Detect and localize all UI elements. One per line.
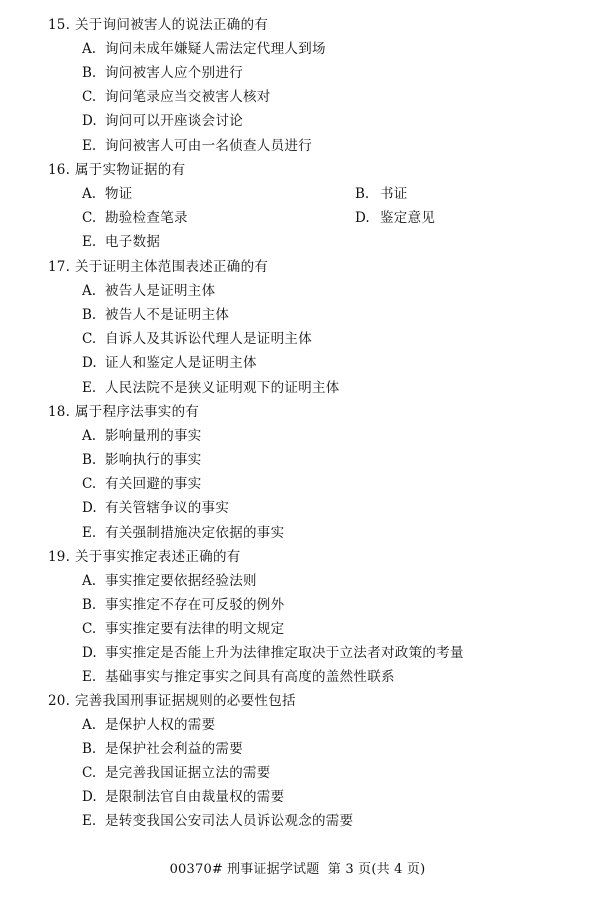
option-text: 是保护人权的需要	[105, 713, 215, 737]
option-text: 事实推定是否能上升为法律推定取决于立法者对政策的考量	[105, 641, 464, 665]
option-letter: C.	[82, 206, 96, 230]
option-letter: E.	[82, 230, 96, 254]
option-text: 是完善我国证据立法的需要	[105, 761, 271, 785]
option-text: 电子数据	[105, 230, 160, 254]
question-number: 17.	[48, 255, 70, 279]
option-text: 有关管辖争议的事实	[105, 496, 229, 520]
exam-code: 00370#	[170, 862, 223, 877]
question-number: 19.	[48, 545, 70, 569]
option-letter: C.	[82, 617, 96, 641]
option-text: 询问笔录应当交被害人核对	[105, 85, 271, 109]
option-text: 书证	[380, 182, 408, 206]
question-number: 18.	[48, 400, 70, 424]
option-letter: D.	[82, 785, 97, 809]
option-text: 勘验检查笔录	[105, 206, 188, 230]
option-letter: B.	[82, 303, 96, 327]
option-text: 自诉人及其诉讼代理人是证明主体	[105, 327, 312, 351]
option-text: 有关强制措施决定依据的事实	[105, 521, 284, 545]
option-letter: C.	[82, 327, 96, 351]
option-letter: B.	[82, 737, 96, 761]
option-letter: C.	[82, 472, 96, 496]
question-text: 属于程序法事实的有	[75, 400, 199, 424]
subject-title: 刑事证据学试题	[227, 862, 319, 877]
option-letter: A.	[82, 279, 96, 303]
option-letter: A.	[82, 182, 96, 206]
question-number: 16.	[48, 158, 70, 182]
question-text: 属于实物证据的有	[75, 158, 185, 182]
option-letter: D.	[355, 206, 370, 230]
option-text: 证人和鉴定人是证明主体	[105, 351, 257, 375]
question-text: 完善我国刑事证据规则的必要性包括	[75, 689, 296, 713]
option-text: 询问被害人应个别进行	[105, 61, 243, 85]
option-text: 基础事实与推定事实之间具有高度的盖然性联系	[105, 665, 395, 689]
option-letter: E.	[82, 809, 96, 833]
option-letter: D.	[82, 351, 97, 375]
option-letter: A.	[82, 424, 96, 448]
option-text: 影响量刑的事实	[105, 424, 202, 448]
option-letter: B.	[355, 182, 369, 206]
option-text: 事实推定不存在可反驳的例外	[105, 593, 284, 617]
option-letter: C.	[82, 85, 96, 109]
option-letter: C.	[82, 761, 96, 785]
option-letter: D.	[82, 496, 97, 520]
exam-page: 15. 关于询问被害人的说法正确的有 A. 询问未成年嫌疑人需法定代理人到场 B…	[0, 0, 595, 898]
question-text: 关于询问被害人的说法正确的有	[75, 13, 268, 37]
option-letter: D.	[82, 109, 97, 133]
option-letter: E.	[82, 376, 96, 400]
option-text: 询问未成年嫌疑人需法定代理人到场	[105, 37, 326, 61]
option-letter: E.	[82, 665, 96, 689]
page-footer: 00370#刑事证据学试题 第 3 页(共 4 页)	[0, 860, 595, 880]
option-text: 是保护社会利益的需要	[105, 737, 243, 761]
option-letter: A.	[82, 569, 96, 593]
option-text: 是转变我国公安司法人员诉讼观念的需要	[105, 809, 353, 833]
option-text: 鉴定意见	[380, 206, 435, 230]
option-letter: E.	[82, 134, 96, 158]
option-text: 询问被害人可由一名侦查人员进行	[105, 134, 312, 158]
option-text: 被告人不是证明主体	[105, 303, 229, 327]
option-letter: B.	[82, 448, 96, 472]
question-number: 15.	[48, 13, 70, 37]
option-letter: B.	[82, 61, 96, 85]
option-letter: A.	[82, 713, 96, 737]
option-letter: D.	[82, 641, 97, 665]
option-letter: A.	[82, 37, 96, 61]
option-text: 被告人是证明主体	[105, 279, 215, 303]
question-text: 关于证明主体范围表述正确的有	[75, 255, 268, 279]
option-text: 是限制法官自由裁量权的需要	[105, 785, 284, 809]
option-letter: E.	[82, 521, 96, 545]
option-letter: B.	[82, 593, 96, 617]
question-number: 20.	[48, 689, 70, 713]
option-text: 事实推定要有法律的明文规定	[105, 617, 284, 641]
question-text: 关于事实推定表述正确的有	[75, 545, 241, 569]
option-text: 物证	[105, 182, 133, 206]
page-number: 第 3 页(共 4 页)	[328, 862, 426, 877]
option-text: 有关回避的事实	[105, 472, 202, 496]
option-text: 询问可以开座谈会讨论	[105, 109, 243, 133]
option-text: 事实推定要依据经验法则	[105, 569, 257, 593]
option-text: 影响执行的事实	[105, 448, 202, 472]
option-text: 人民法院不是狭义证明观下的证明主体	[105, 376, 340, 400]
